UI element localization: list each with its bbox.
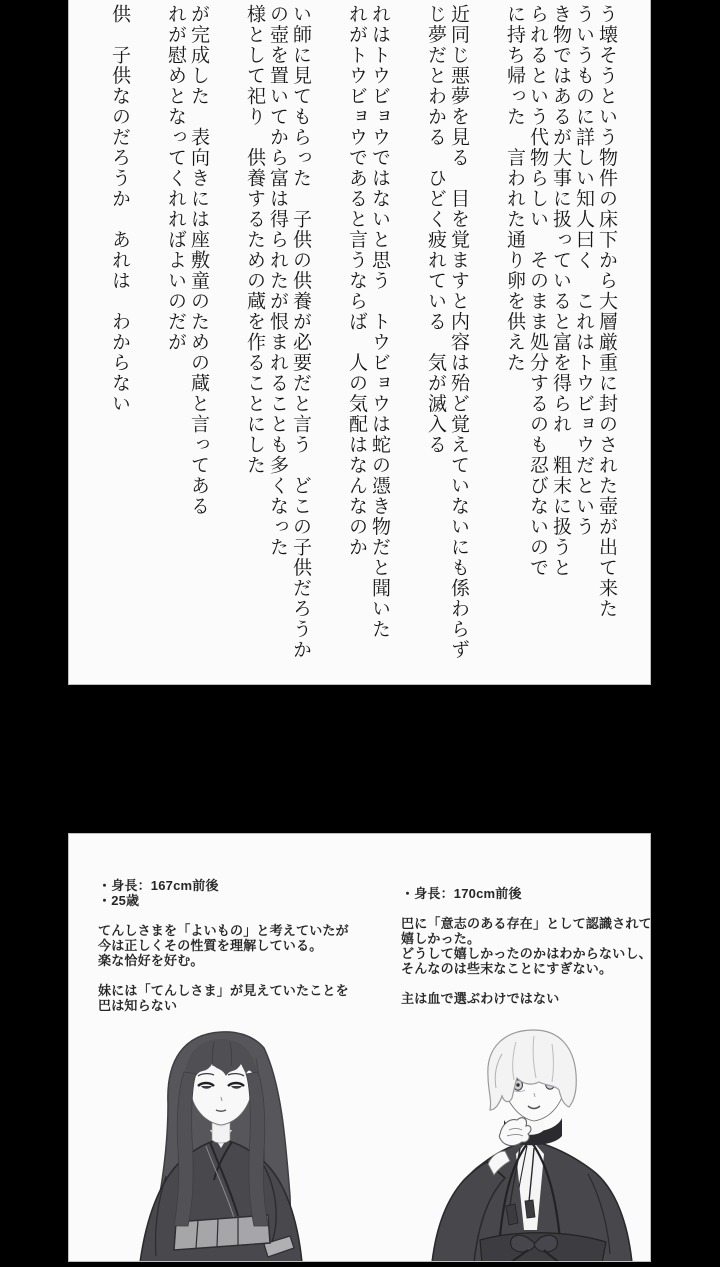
page: う壊そうという物件の床下から大層厳重に封のされた壺が出て来た ういうものに詳しい… [0, 0, 720, 1267]
profile-right-text: ・身長：170cm前後 巴に「意志のある存在」として認識されて 嬉しかった。 ど… [401, 886, 651, 1006]
story-paragraph: れはトウビョウではないと思う トウビョウは蛇の憑き物だと聞いた れがトウビョウで… [345, 4, 391, 678]
profile-left-text: ・身長：167cm前後 ・25歳 てんしさまを「よいもの」と考えていたが 今は正… [98, 878, 403, 1013]
story-paragraph: い師に見てもらった 子供の供養が必要だと言う どこの子供だろうか の壺を置いてか… [243, 4, 312, 678]
story-paragraph: 供 子供なのだろうか あれは わからない [108, 4, 131, 678]
story-panel: う壊そうという物件の床下から大層厳重に封のされた壺が出て来た ういうものに詳しい… [68, 0, 651, 685]
story-paragraph: う壊そうという物件の床下から大層厳重に封のされた壺が出て来た ういうものに詳しい… [503, 4, 618, 678]
story-paragraph: が完成した 表向きには座敷童のための蔵と言ってある れが慰めとなってくれればよい… [164, 4, 210, 678]
character-right-illustration [416, 1024, 646, 1262]
character-left-illustration [114, 1026, 329, 1262]
profiles-panel: ・身長：167cm前後 ・25歳 てんしさまを「よいもの」と考えていたが 今は正… [68, 833, 651, 1262]
story-vertical-text: う壊そうという物件の床下から大層厳重に封のされた壺が出て来た ういうものに詳しい… [75, 4, 641, 678]
sash-bow [480, 1233, 606, 1262]
story-paragraph: 近同じ悪夢を見る 目を覚ますと内容は殆ど覚えていないにも係わらず じ夢だとわかる… [424, 4, 470, 678]
